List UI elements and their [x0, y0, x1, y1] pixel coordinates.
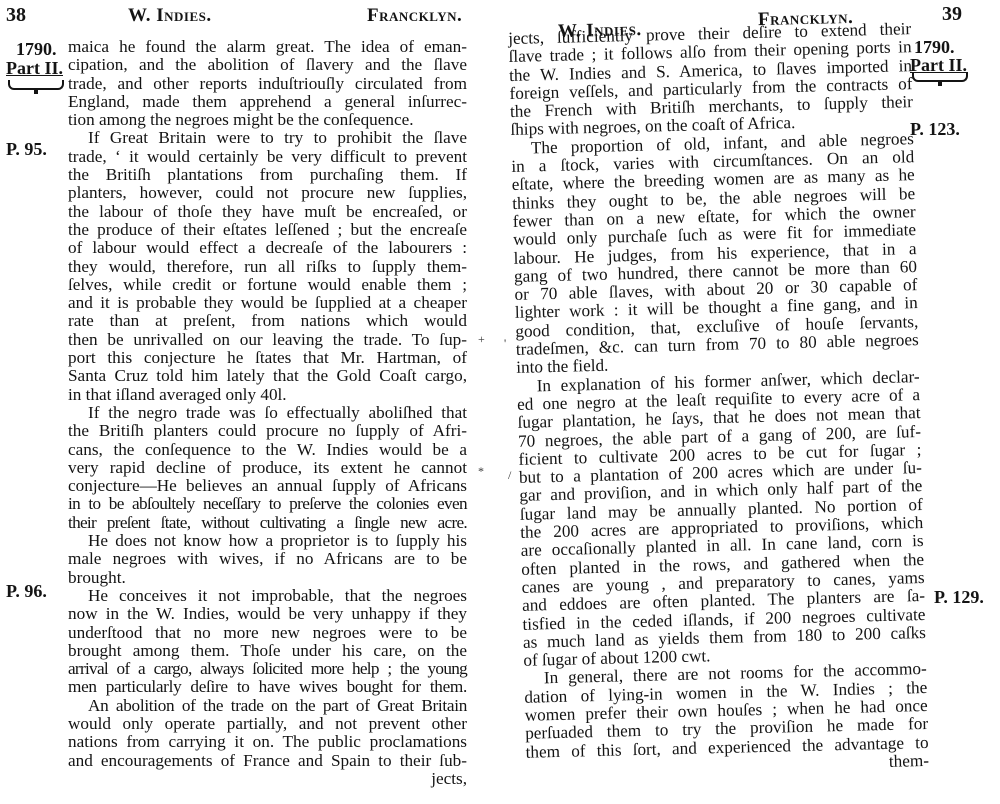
- brace-ornament: [912, 72, 968, 82]
- book-spread: 38 W. Indies. Francklyn. 1790. Part II. …: [0, 0, 1000, 804]
- page-number: 39: [942, 3, 962, 26]
- ink-speck: *: [478, 464, 484, 479]
- text-line: brought among them. Thoſe under his care…: [68, 642, 467, 660]
- text-line: He does not know how a proprietor is to …: [68, 532, 467, 550]
- text-line: conjecture—He believes an annual ſupply …: [68, 477, 467, 495]
- text-line: cipation, and the abolition of ſlavery a…: [68, 56, 467, 74]
- text-line: nations from carrying it on. The public …: [68, 733, 467, 751]
- text-line: the Britiſh plantations from purchaſing …: [68, 166, 467, 184]
- text-line: Santa Cruz told him lately that the Gold…: [68, 367, 467, 385]
- text-line: they would, therefore, run all riſks to …: [68, 258, 467, 276]
- text-line: cans, the conſequence to the W. Indies w…: [68, 441, 467, 459]
- text-line: then be unrivalled on our leaving the tr…: [68, 331, 467, 349]
- text-line: the produce of their eſtates leſſened ; …: [68, 221, 467, 239]
- ink-speck: ': [504, 336, 506, 351]
- running-head-author: Francklyn.: [367, 5, 462, 27]
- text-line: would only operate partially, and not pr…: [68, 715, 467, 733]
- margin-page-ref: P. 96.: [6, 582, 47, 601]
- margin-page-ref: P. 129.: [934, 588, 984, 607]
- text-line: and encouragements of France and Spain t…: [68, 752, 467, 770]
- text-line: ſelves, while credit or fortune would en…: [68, 276, 467, 294]
- text-line: brought.: [68, 569, 467, 587]
- text-line: very rapid decline of produce, its exten…: [68, 459, 467, 477]
- margin-year: 1790.: [16, 40, 57, 59]
- margin-page-ref: P. 123.: [910, 120, 960, 139]
- text-line: men particularly deſire to have wives bo…: [68, 678, 467, 696]
- text-line: If Great Britain were to try to prohibit…: [68, 129, 467, 147]
- text-line: port this conjecture he ſtates that Mr. …: [68, 349, 467, 367]
- text-line: and it is probable they would be ſupplie…: [68, 294, 467, 312]
- text-line: rate than at preſent, from nations which…: [68, 312, 467, 330]
- text-line: the labour of thoſe they have muſt be en…: [68, 203, 467, 221]
- text-line: maica he found the alarm great. The idea…: [68, 38, 467, 56]
- margin-part: Part II.: [6, 59, 63, 78]
- text-line: trade, ‘ it would certainly be very diff…: [68, 148, 467, 166]
- text-line: arrival of a cargo, always ſolicited mor…: [68, 660, 467, 678]
- text-line: tion among the negroes might be the conſ…: [68, 111, 467, 129]
- text-line: male negroes with wives, if no Africans …: [68, 550, 467, 568]
- catchword: jects,: [68, 770, 467, 788]
- text-line: trade, and other reports induſtriouſly c…: [68, 75, 467, 93]
- text-line: of labour would effect a decreaſe of the…: [68, 239, 467, 257]
- margin-page-ref: P. 95.: [6, 140, 47, 159]
- text-line: in to be abſoultely neceſſary to preſerv…: [68, 495, 467, 513]
- brace-ornament: [8, 80, 64, 90]
- text-line: now in the W. Indies, would be very unha…: [68, 605, 467, 623]
- left-page: 38 W. Indies. Francklyn. 1790. Part II. …: [0, 0, 500, 804]
- text-line: He conceives it not improbable, that the…: [68, 587, 467, 605]
- ink-speck: +: [478, 332, 485, 347]
- text-line: planters, however, could not procure new…: [68, 184, 467, 202]
- page-number: 38: [6, 4, 26, 27]
- running-head-title: W. Indies.: [128, 5, 212, 27]
- right-page-text: jects, ſufficiently prove their deſire t…: [508, 20, 929, 780]
- right-page: W. Indies. Francklyn. 39 1790. Part II. …: [500, 0, 1000, 804]
- text-line: their preſent ſtate, without cultivating…: [68, 514, 467, 532]
- text-line: England, made them apprehend a general i…: [68, 93, 467, 111]
- left-page-text: maica he found the alarm great. The idea…: [68, 38, 467, 788]
- ink-speck: /: [508, 468, 511, 483]
- text-line: If the negro trade was ſo effectually ab…: [68, 404, 467, 422]
- text-line: in that iſland averaged only 40l.: [68, 386, 467, 404]
- text-line: An abolition of the trade on the part of…: [68, 697, 467, 715]
- text-line: underſtood that no more new negroes were…: [68, 624, 467, 642]
- text-line: the Britiſh planters could procure no ſu…: [68, 422, 467, 440]
